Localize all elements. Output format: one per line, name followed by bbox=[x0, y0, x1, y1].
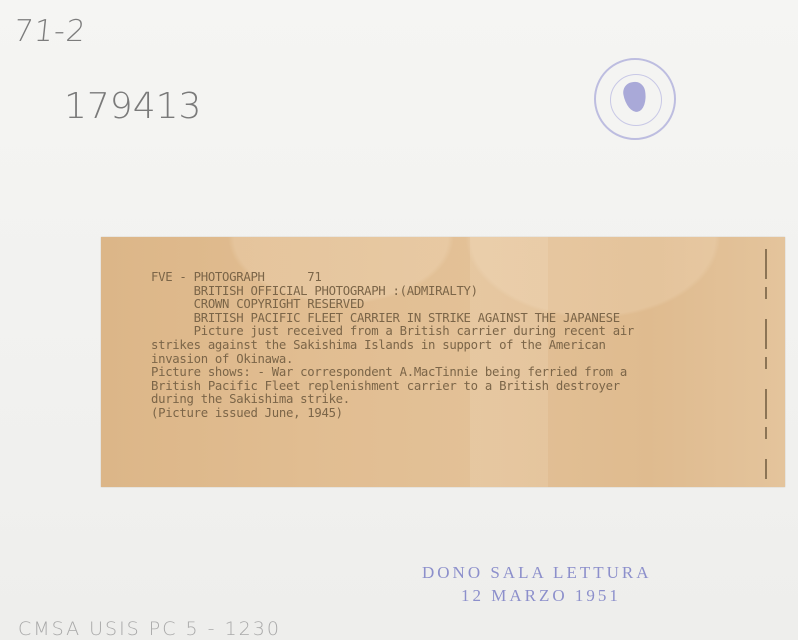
donation-stamp-line1: DONO SALA LETTURA bbox=[422, 563, 652, 583]
caption-line: during the Sakishima strike. bbox=[151, 393, 634, 407]
photo-verso-paper: 71-2 179413 FVE - PHOTOGRAPH 71 BRITISH … bbox=[0, 0, 798, 640]
caption-line: invasion of Okinawa. bbox=[151, 353, 634, 367]
caption-line: BRITISH OFFICIAL PHOTOGRAPH :(ADMIRALTY) bbox=[151, 285, 634, 299]
label-edge-mark bbox=[765, 249, 767, 479]
handwritten-inventory-number: 179413 bbox=[64, 86, 201, 127]
caption-line: Picture just received from a British car… bbox=[151, 325, 634, 339]
shield-icon bbox=[622, 80, 649, 113]
handwritten-catalog-code: CMSA USIS PC 5 - 1230 bbox=[18, 618, 281, 640]
caption-line: CROWN COPYRIGHT RESERVED bbox=[151, 298, 634, 312]
typed-caption: FVE - PHOTOGRAPH 71 BRITISH OFFICIAL PHO… bbox=[151, 271, 634, 421]
donation-stamp-date: 12 MARZO 1951 bbox=[461, 586, 621, 606]
caption-label: FVE - PHOTOGRAPH 71 BRITISH OFFICIAL PHO… bbox=[101, 237, 785, 487]
caption-line: BRITISH PACIFIC FLEET CARRIER IN STRIKE … bbox=[151, 312, 634, 326]
caption-line: Picture shows: - War correspondent A.Mac… bbox=[151, 366, 634, 380]
handwritten-reference: 71-2 bbox=[12, 14, 88, 49]
caption-line: (Picture issued June, 1945) bbox=[151, 407, 634, 421]
caption-line: FVE - PHOTOGRAPH 71 bbox=[151, 271, 634, 285]
caption-line: British Pacific Fleet replenishment carr… bbox=[151, 380, 634, 394]
caption-line: strikes against the Sakishima Islands in… bbox=[151, 339, 634, 353]
archive-seal-stamp bbox=[594, 58, 676, 140]
